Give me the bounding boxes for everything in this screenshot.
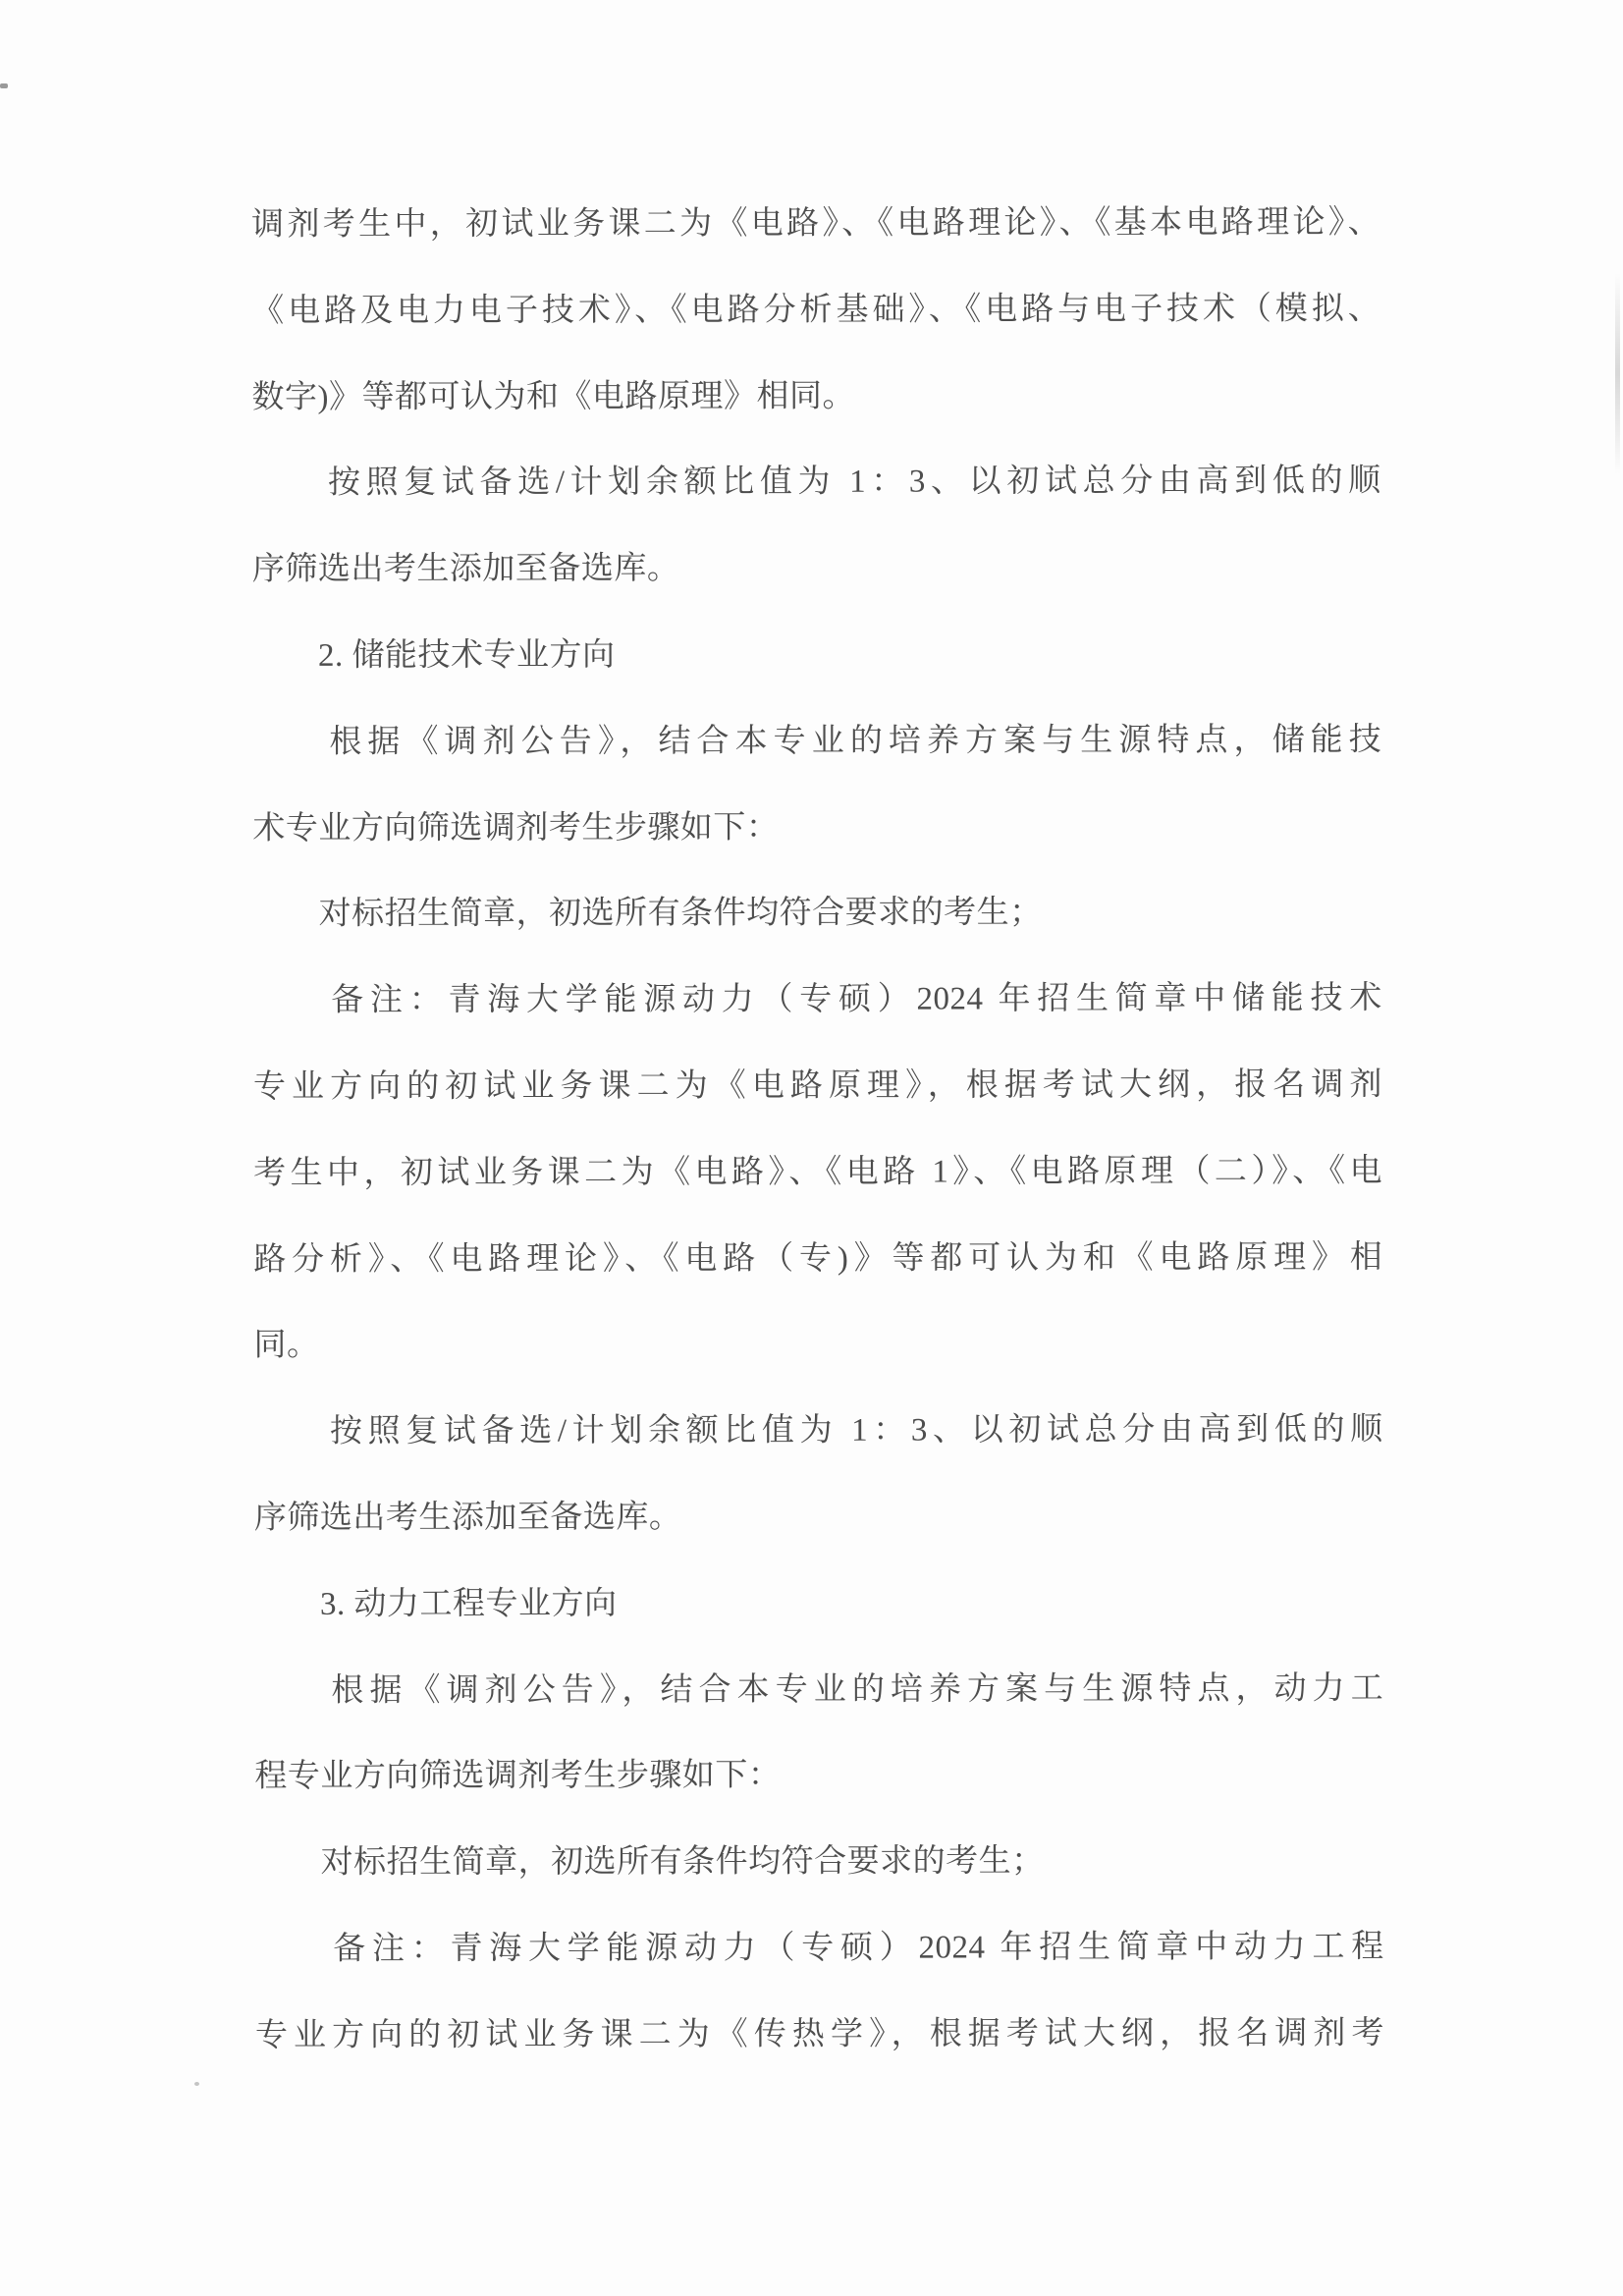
text-line: 备注：青海大学能源动力（专硕）2024 年招生简章中储能技术 (253, 957, 1382, 1045)
text-line: 考生中，初试业务课二为《电路》、《电路 1》、《电路原理（二）》、《电 (253, 1128, 1382, 1217)
text-line: 专业方向的初试业务课二为《电路原理》，根据考试大纲，报名调剂 (253, 1043, 1382, 1131)
text-line: 按照复试备选/计划余额比值为 1：3、以初试总分由高到低的顺 (254, 1388, 1383, 1476)
text-line: 程专业方向筛选调剂考生步骤如下： (254, 1732, 1383, 1821)
scan-artifact-right-streak (1615, 273, 1620, 474)
text-line: 调剂考生中，初试业务课二为《电路》、《电路理论》、《基本电路理论》、 (251, 181, 1380, 269)
document-page: 调剂考生中，初试业务课二为《电路》、《电路理论》、《基本电路理论》、 《电路及电… (0, 0, 1623, 2296)
text-line: 数字)》等都可认为和《电路原理》相同。 (251, 353, 1380, 441)
text-line: 序筛选出考生添加至备选库。 (254, 1474, 1383, 1562)
text-line: 《电路及电力电子技术》、《电路分析基础》、《电路与电子技术（模拟、 (251, 266, 1380, 355)
text-block: 调剂考生中，初试业务课二为《电路》、《电路理论》、《基本电路理论》、 《电路及电… (251, 181, 1384, 2080)
text-line: 备注：青海大学能源动力（专硕）2024 年招生简章中动力工程 (255, 1905, 1384, 1994)
text-line: 对标招生简章，初选所有条件均符合要求的考生； (252, 870, 1381, 958)
text-line: 根据《调剂公告》，结合本专业的培养方案与生源特点，储能技 (252, 697, 1381, 786)
scan-artifact-bottom-dot (194, 2082, 199, 2086)
text-line: 术专业方向筛选调剂考生步骤如下： (252, 784, 1381, 872)
scan-artifact-left-dash (0, 83, 8, 88)
text-line: 同。 (253, 1301, 1382, 1390)
text-line: 按照复试备选/计划余额比值为 1：3、以初试总分由高到低的顺 (252, 439, 1381, 527)
section-heading: 2. 储能技术专业方向 (252, 612, 1381, 700)
text-line: 专业方向的初试业务课二为《传热学》，根据考试大纲，报名调剂考 (255, 1991, 1384, 2079)
section-heading: 3. 动力工程专业方向 (254, 1559, 1383, 1648)
text-line: 根据《调剂公告》，结合本专业的培养方案与生源特点，动力工 (254, 1646, 1383, 1734)
text-line: 对标招生简章，初选所有条件均符合要求的考生； (254, 1819, 1383, 1907)
text-line: 序筛选出考生添加至备选库。 (252, 525, 1381, 614)
text-line: 路分析》、《电路理论》、《电路（专)》等都可认为和《电路原理》相 (253, 1215, 1382, 1303)
